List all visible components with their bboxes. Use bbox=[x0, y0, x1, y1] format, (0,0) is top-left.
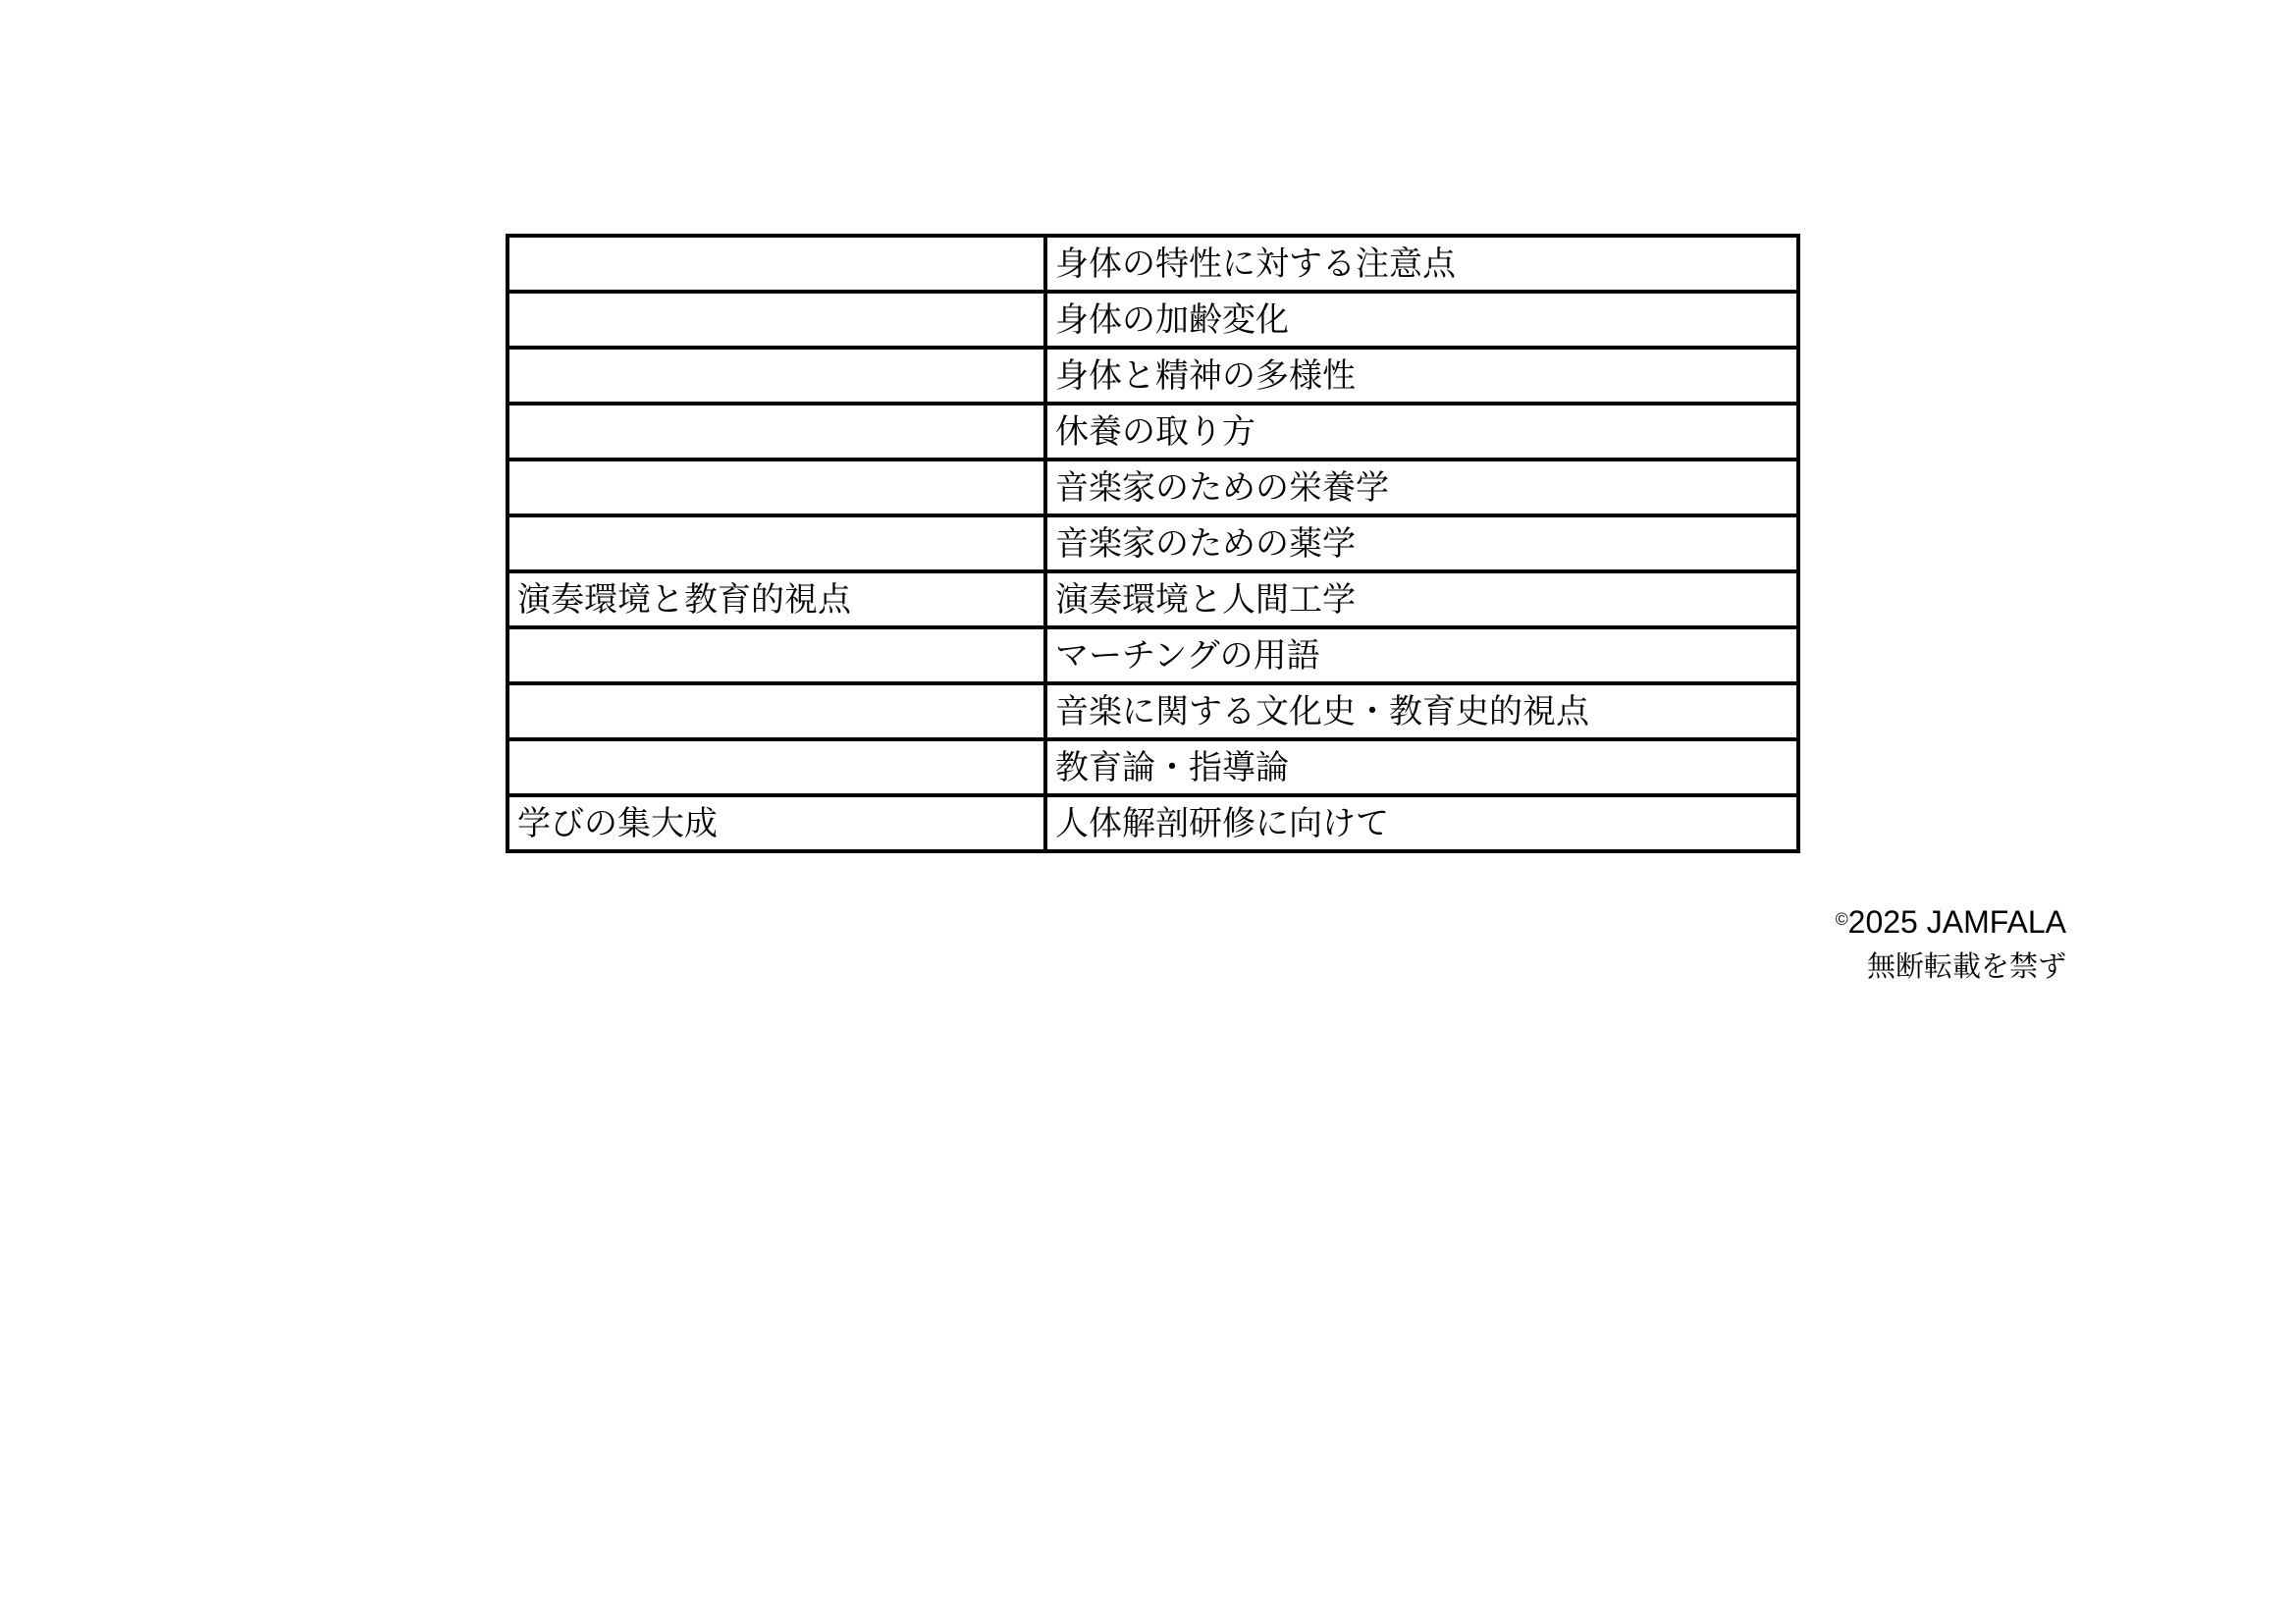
category-cell bbox=[507, 292, 1045, 348]
topic-cell: 人体解剖研修に向けて bbox=[1045, 795, 1798, 851]
category-cell: 学びの集大成 bbox=[507, 795, 1045, 851]
topic-cell: 身体の特性に対する注意点 bbox=[1045, 236, 1798, 292]
category-cell bbox=[507, 460, 1045, 515]
copyright-line: ©2025 JAMFALA bbox=[1836, 905, 2066, 940]
table-row: 音楽に関する文化史・教育史的視点 bbox=[507, 683, 1798, 739]
copyright-symbol: © bbox=[1836, 909, 1848, 929]
topic-cell: マーチングの用語 bbox=[1045, 627, 1798, 683]
topic-cell: 身体の加齢変化 bbox=[1045, 292, 1798, 348]
reprint-notice: 無断転載を禁ず bbox=[1836, 952, 2066, 984]
document-page: 身体の特性に対する注意点 身体の加齢変化 身体と精神の多様性 休養の取り方 音楽… bbox=[0, 0, 2296, 1623]
topic-cell: 身体と精神の多様性 bbox=[1045, 348, 1798, 404]
table-row: 身体と精神の多様性 bbox=[507, 348, 1798, 404]
table-row: マーチングの用語 bbox=[507, 627, 1798, 683]
page-footer: ©2025 JAMFALA 無断転載を禁ず bbox=[1836, 905, 2066, 984]
table-row: 音楽家のための栄養学 bbox=[507, 460, 1798, 515]
category-cell bbox=[507, 739, 1045, 795]
table-row: 学びの集大成 人体解剖研修に向けて bbox=[507, 795, 1798, 851]
category-cell bbox=[507, 348, 1045, 404]
table-row: 演奏環境と教育的視点 演奏環境と人間工学 bbox=[507, 571, 1798, 627]
category-cell bbox=[507, 236, 1045, 292]
category-cell: 演奏環境と教育的視点 bbox=[507, 571, 1045, 627]
topic-cell: 音楽家のための薬学 bbox=[1045, 515, 1798, 571]
table-row: 教育論・指導論 bbox=[507, 739, 1798, 795]
table-row: 身体の加齢変化 bbox=[507, 292, 1798, 348]
copyright-text: 2025 JAMFALA bbox=[1848, 904, 2066, 940]
category-cell bbox=[507, 683, 1045, 739]
topic-cell: 教育論・指導論 bbox=[1045, 739, 1798, 795]
curriculum-table: 身体の特性に対する注意点 身体の加齢変化 身体と精神の多様性 休養の取り方 音楽… bbox=[506, 234, 1800, 853]
topic-cell: 演奏環境と人間工学 bbox=[1045, 571, 1798, 627]
category-cell bbox=[507, 515, 1045, 571]
topic-cell: 音楽家のための栄養学 bbox=[1045, 460, 1798, 515]
topic-cell: 休養の取り方 bbox=[1045, 404, 1798, 460]
topic-cell: 音楽に関する文化史・教育史的視点 bbox=[1045, 683, 1798, 739]
category-cell bbox=[507, 404, 1045, 460]
table-row: 音楽家のための薬学 bbox=[507, 515, 1798, 571]
category-cell bbox=[507, 627, 1045, 683]
table-row: 身体の特性に対する注意点 bbox=[507, 236, 1798, 292]
table-row: 休養の取り方 bbox=[507, 404, 1798, 460]
